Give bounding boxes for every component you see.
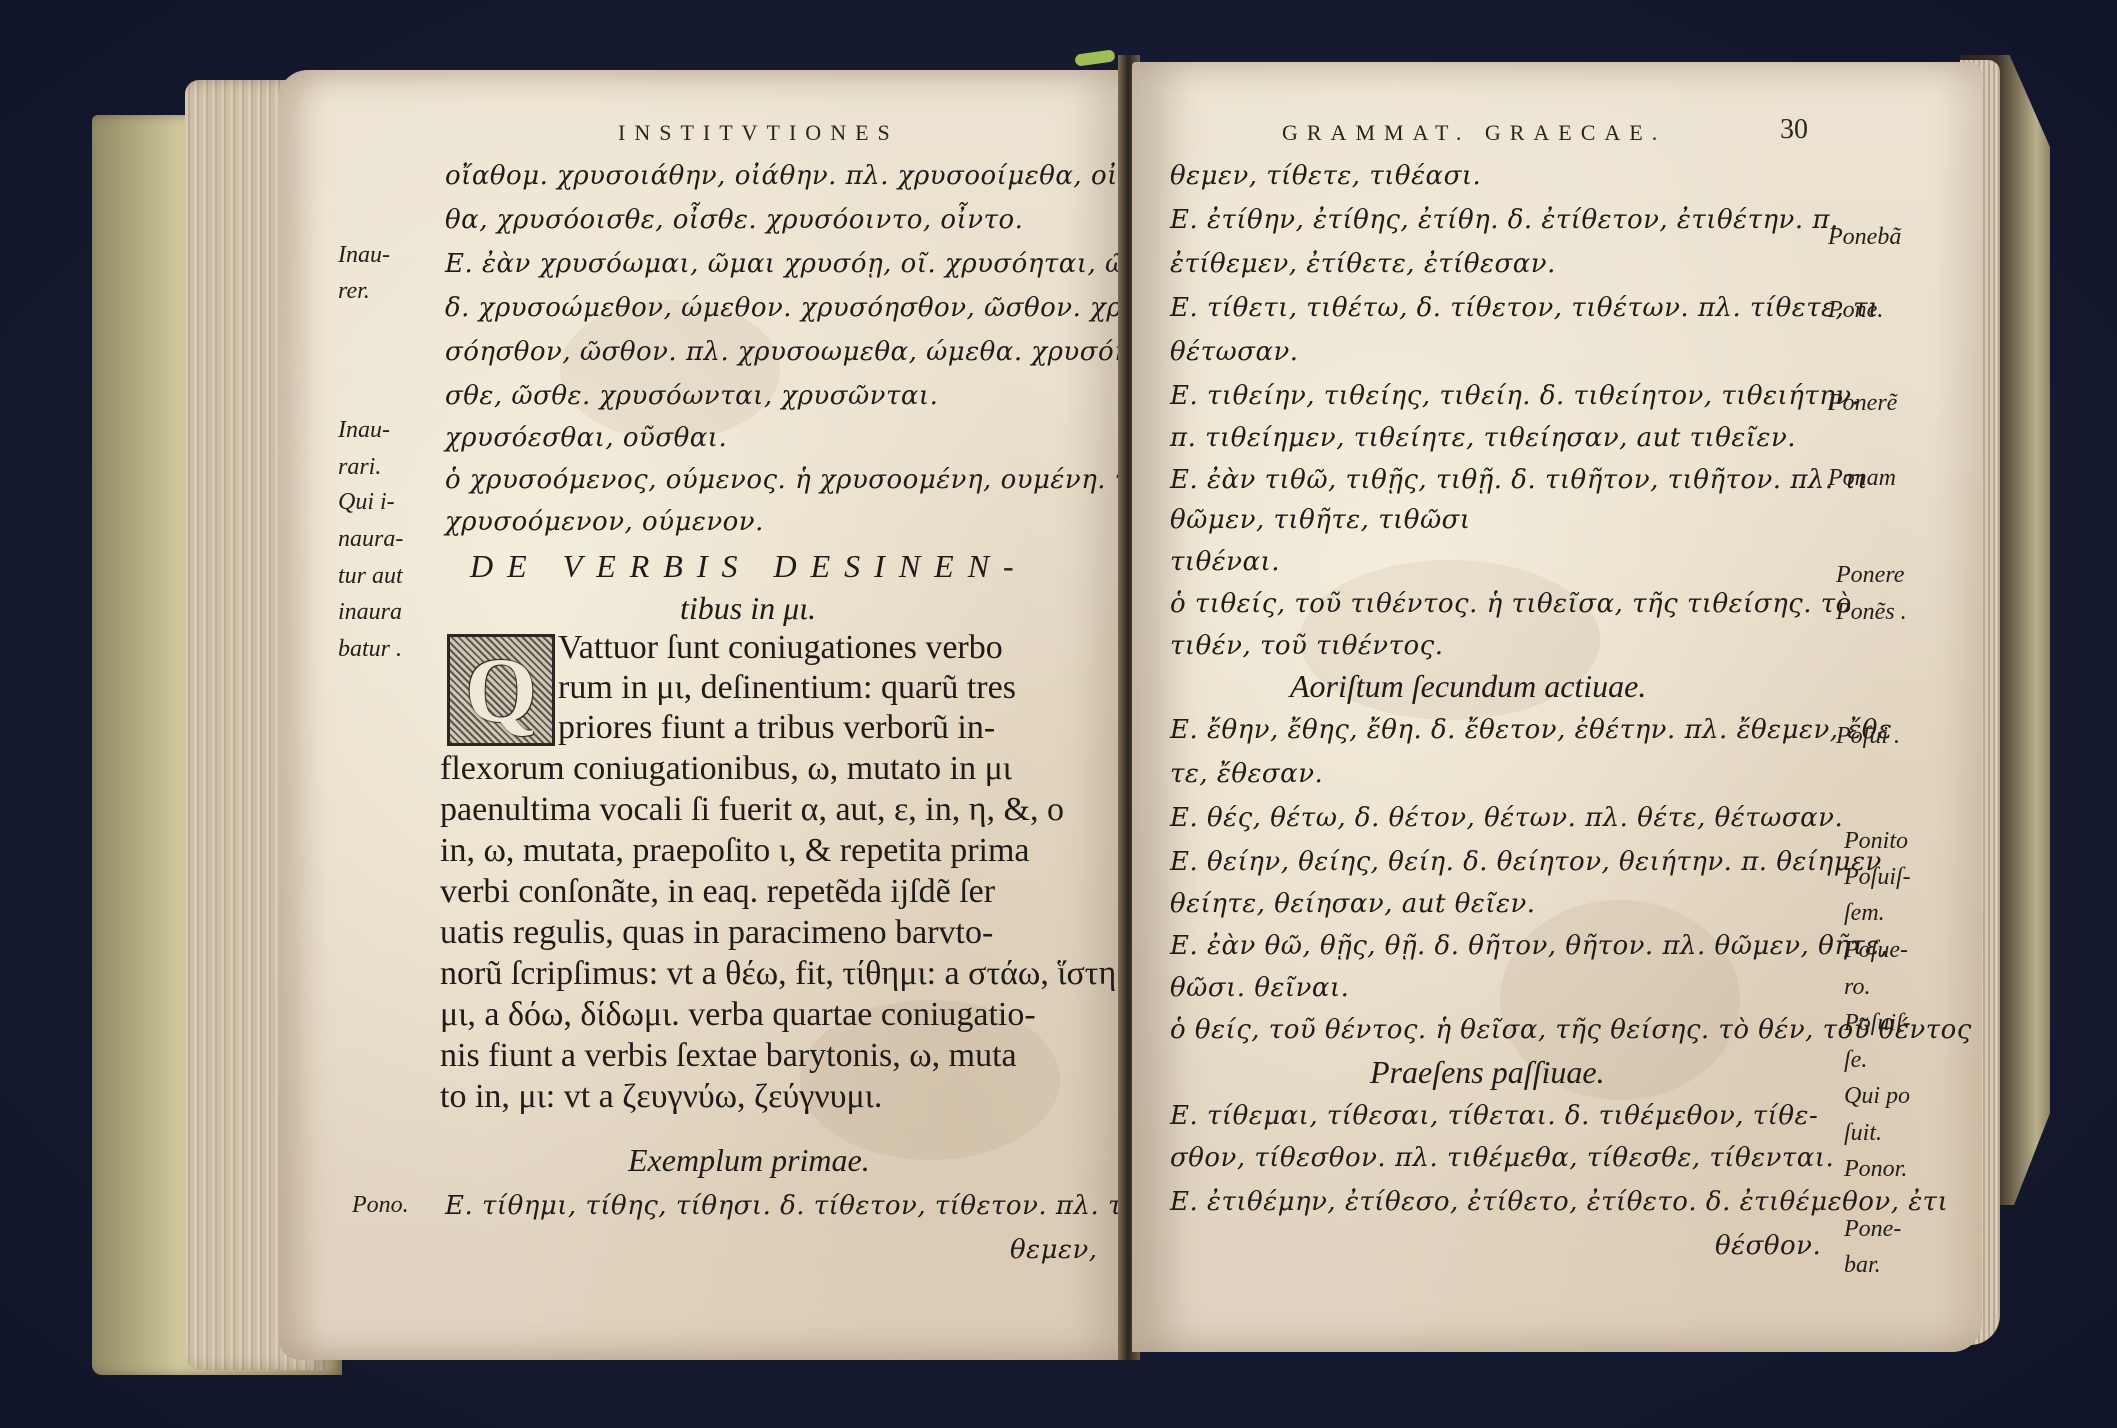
text-line: τε, ἔθεσαν. [1170, 756, 1323, 792]
text-line: E. ἐὰν χρυσόωμαι, ῶμαι χρυσόῃ, οῖ. χρυσό… [445, 246, 1179, 282]
page-number: 30 [1780, 114, 1808, 146]
text-line: χρυσοόμενον, ούμενον. [445, 504, 764, 540]
text-line: ὁ τιθείς, τοῦ τιθέντος. ἡ τιθεῖσα, τῆς τ… [1170, 586, 1852, 622]
body-line: Vattuor ſunt coniugationes verbo [558, 630, 1003, 666]
body-line: rum in μι, deſinentium: quarũ tres [558, 670, 1016, 706]
margin-note: Ponere [1836, 560, 1904, 590]
text-line: θῶμεν, τιθῆτε, τιθῶσι [1170, 502, 1471, 538]
text-line: ἐτίθεμεν, ἐτίθετε, ἐτίθεσαν. [1170, 246, 1556, 282]
margin-note: Pone. [1828, 295, 1883, 325]
text-line: E. θές, θέτω, δ. θέτον, θέτων. πλ. θέτε,… [1170, 800, 1843, 836]
margin-note: rer. [338, 276, 370, 306]
subheading: Aoriſtum ſecundum actiuae. [1290, 668, 1646, 704]
text-line: θῶσι. θεῖναι. [1170, 970, 1349, 1006]
body-line: priores fiunt a tribus verborũ in- [558, 710, 995, 746]
text-line: E. τίθημι, τίθης, τίθησι. δ. τίθετον, τί… [445, 1188, 1134, 1224]
margin-note: Ponebã [1828, 222, 1901, 252]
text-line: E. τίθετι, τιθέτω, δ. τίθετον, τιθέτων. … [1170, 290, 1879, 326]
margin-note: Poſui . [1836, 721, 1900, 751]
text-line: χρυσόεσθαι, οῦσθαι. [445, 420, 727, 456]
margin-note: Poſue- [1844, 935, 1908, 965]
text-line: E. ἐτιθέμην, ἐτίθεσο, ἐτίθετο, ἐτίθετο. … [1170, 1184, 1948, 1220]
margin-note: batur . [338, 634, 402, 664]
subheading: Praeſens paſſiuae. [1370, 1054, 1605, 1090]
margin-note: Inau- [338, 415, 390, 445]
body-line: paenultima vocali ſi fuerit α, aut, ε, i… [440, 792, 1064, 828]
body-line: in, ω, mutata, praepoſito ι, & repetita … [440, 833, 1030, 869]
text-line: θέτωσαν. [1170, 334, 1299, 370]
text-line: E. ἐτίθην, ἐτίθης, ἐτίθη. δ. ἐτίθετον, ἐ… [1170, 202, 1839, 238]
margin-note: tur aut [338, 561, 403, 591]
text-line: δ. χρυσοώμεθον, ώμεθον. χρυσόησθον, ῶσθο… [445, 290, 1138, 326]
margin-note: Ponor. [1844, 1154, 1907, 1184]
text-line: E. τίθεμαι, τίθεσαι, τίθεται. δ. τιθέμεθ… [1170, 1098, 1818, 1134]
body-line: verbi conſonãte, in eaq. repetẽda ijſdẽ … [440, 874, 995, 910]
running-head-right: GRAMMAT. GRAECAE. [1282, 120, 1666, 146]
body-line: μι, a δόω, δίδωμι. verba quartae coniuga… [440, 997, 1036, 1033]
body-line: uatis regulis, quas in paracimeno barvto… [440, 915, 993, 951]
text-line: E. ἐὰν τιθῶ, τιθῇς, τιθῇ. δ. τιθῆτον, τι… [1170, 462, 1868, 498]
margin-note: Inau- [338, 240, 390, 270]
open-book-photo: INSTITVTIONES οἴαθομ. χρυσοιάθην, οἰάθην… [0, 0, 2117, 1428]
margin-note: inaura [338, 597, 402, 627]
body-line: to in, μι: vt a ζευγνύω, ζεύγνυμι. [440, 1079, 882, 1115]
subheading: Exemplum primae. [628, 1142, 870, 1178]
text-line: σθον, τίθεσθον. πλ. τιθέμεθα, τίθεσθε, τ… [1170, 1140, 1834, 1176]
margin-note: Poſuiſ- [1844, 862, 1911, 892]
text-line: E. τιθείην, τιθείης, τιθείη. δ. τιθείητο… [1170, 378, 1860, 414]
text-line: σθε, ῶσθε. χρυσόωνται, χρυσῶνται. [445, 378, 938, 414]
body-line: nis fiunt a verbis ſextae barytonis, ω, … [440, 1038, 1017, 1074]
text-line: ὁ χρυσοόμενος, ούμενος. ἡ χρυσοομένη, ου… [445, 462, 1146, 498]
margin-note: rari. [338, 452, 381, 482]
margin-note: Ponam [1828, 463, 1896, 493]
text-line: θέσθον. [1715, 1228, 1821, 1264]
text-line: E. ἔθην, ἔθης, ἔθη. δ. ἔθετον, ἐθέτην. π… [1170, 712, 1892, 748]
text-line: E. ἐὰν θῶ, θῇς, θῇ. δ. θῆτον, θῆτον. πλ.… [1170, 928, 1888, 964]
margin-note: ſem. [1844, 898, 1885, 928]
margin-note: Qui i- [338, 487, 395, 517]
margin-note: bar. [1844, 1250, 1881, 1280]
margin-note: ro. [1844, 972, 1870, 1002]
text-line: π. τιθείημεν, τιθείητε, τιθείησαν, aut τ… [1170, 420, 1796, 456]
margin-note: Pono. [352, 1190, 409, 1220]
text-line: τιθέν, τοῦ τιθέντος. [1170, 628, 1443, 664]
text-line: οἴαθομ. χρυσοιάθην, οἰάθην. πλ. χρυσοοίμ… [445, 158, 1159, 194]
margin-note: Poſuiſ- [1844, 1008, 1911, 1038]
margin-note: Pone- [1844, 1214, 1901, 1244]
margin-note: naura- [338, 524, 403, 554]
text-line: τιθέναι. [1170, 544, 1280, 580]
running-head-left: INSTITVTIONES [618, 120, 899, 146]
margin-note: Qui po [1844, 1081, 1910, 1111]
text-line: θεμεν, [1010, 1232, 1098, 1268]
text-line: θα, χρυσόοισθε, οἶσθε. χρυσόοιντο, οἶντο… [445, 202, 1023, 238]
text-line: E. θείην, θείης, θείη. δ. θείητον, θειήτ… [1170, 844, 1882, 880]
section-heading-cont: tibus in μι. [680, 590, 816, 626]
body-line: norũ ſcripſimus: vt a θέω, fit, τίθημι: … [440, 956, 1116, 992]
body-line: flexorum coniugationibus, ω, mutato in μ… [440, 751, 1012, 787]
text-line: θεμεν, τίθετε, τιθέασι. [1170, 158, 1481, 194]
section-heading: DE VERBIS DESINEN- [470, 548, 1028, 584]
ribbon-bookmark [1074, 49, 1115, 66]
text-line: θείητε, θείησαν, aut θεῖεν. [1170, 886, 1536, 922]
text-line: σόησθον, ῶσθον. πλ. χρυσοωμεθα, ώμεθα. χ… [445, 334, 1140, 370]
margin-note: Ponerẽ [1828, 388, 1897, 418]
margin-note: Ponẽs . [1836, 597, 1907, 627]
margin-note: ſe. [1844, 1045, 1867, 1075]
margin-note: ſuit. [1844, 1118, 1882, 1148]
drop-cap-letter: Q [465, 644, 537, 736]
margin-note: Ponito [1844, 826, 1908, 856]
decorated-initial: Q [447, 634, 555, 746]
